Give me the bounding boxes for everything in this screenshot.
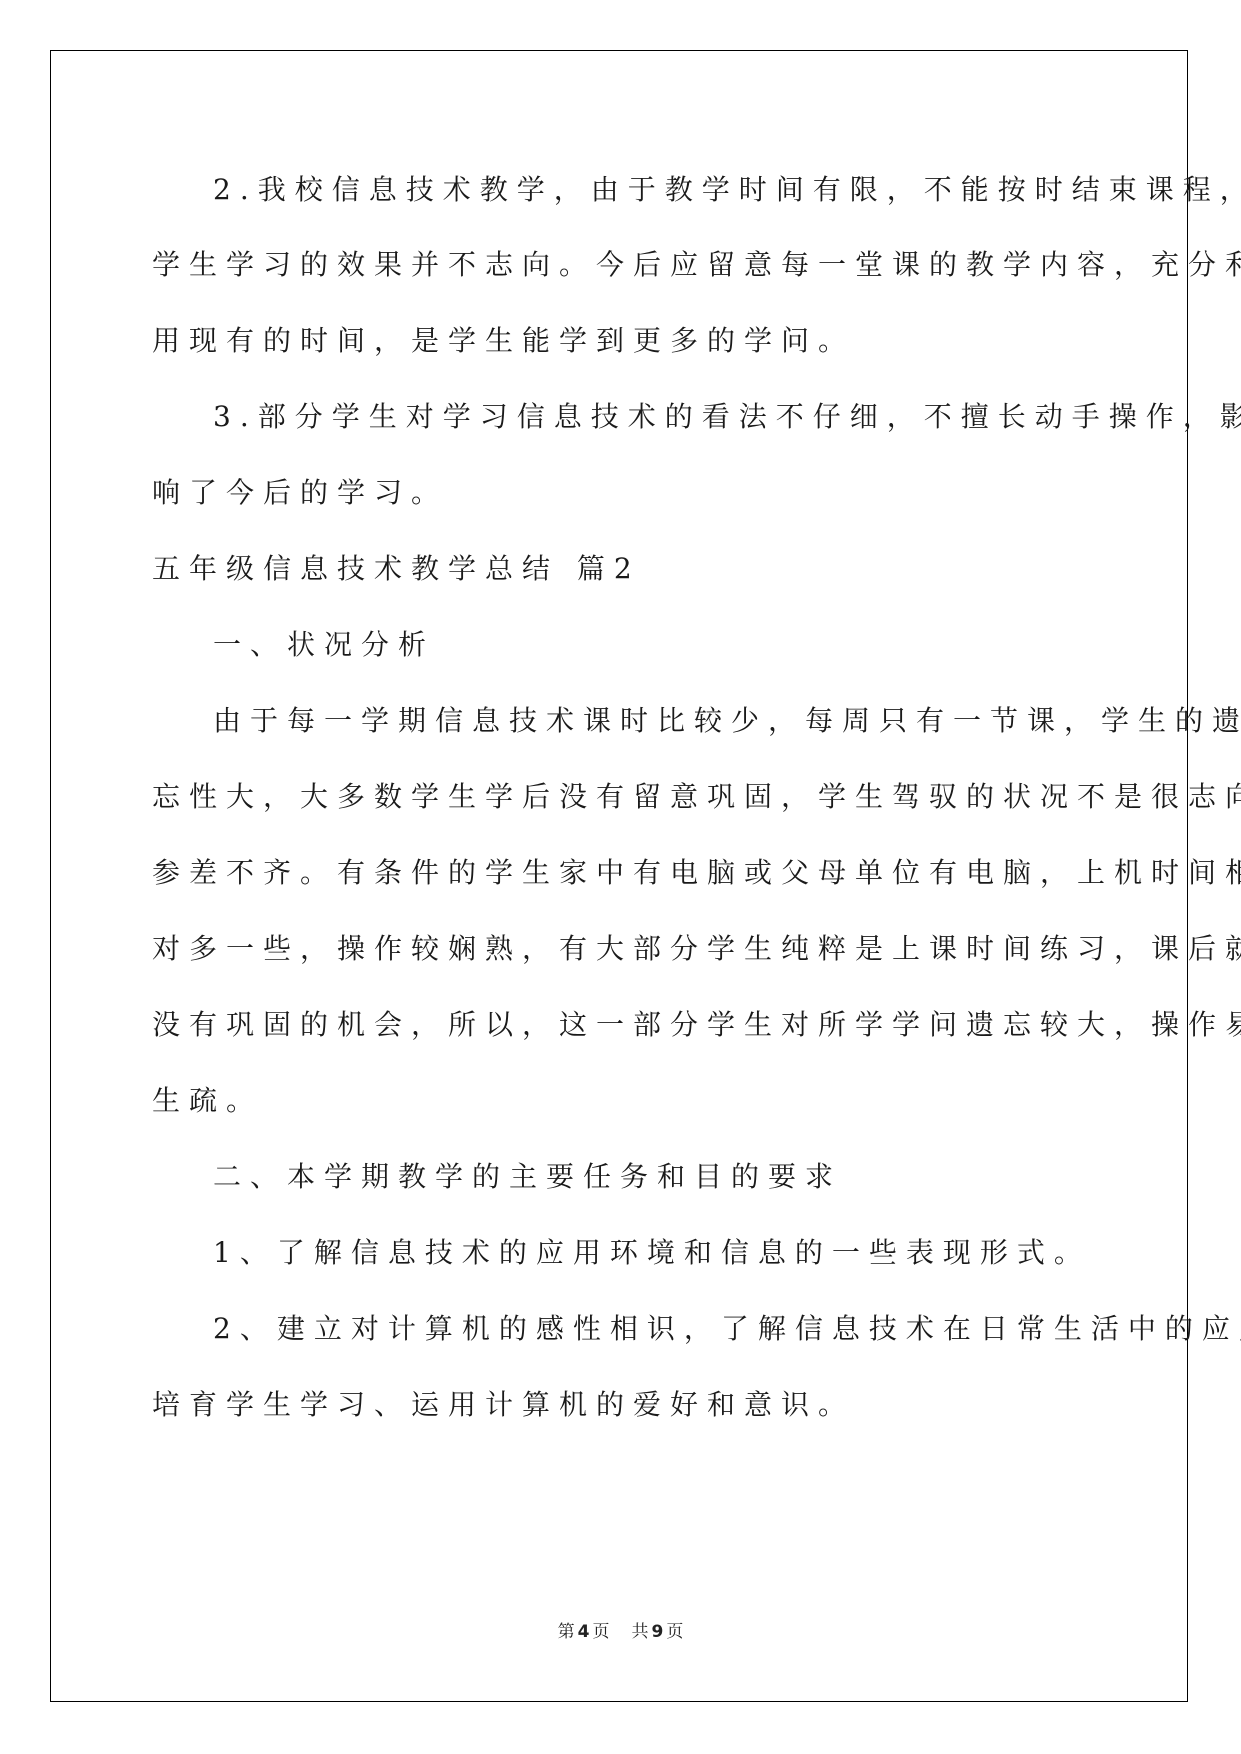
page-footer: 第4页共9页 — [0, 1620, 1241, 1644]
paragraph-line: 忘性大，大多数学生学后没有留意巩固，学生驾驭的状况不是很志向， — [152, 779, 1241, 815]
paragraph-line: 2.我校信息技术教学，由于教学时间有限，不能按时结束课程， — [213, 172, 1241, 208]
list-item: 2、建立对计算机的感性相识，了解信息技术在日常生活中的应用， — [213, 1311, 1241, 1347]
total-page-number: 9 — [652, 1622, 664, 1642]
paragraph-line: 3.部分学生对学习信息技术的看法不仔细，不擅长动手操作，影 — [213, 399, 1241, 435]
paragraph-line: 对多一些，操作较娴熟，有大部分学生纯粹是上课时间练习，课后就 — [152, 931, 1241, 967]
page-label-prefix: 第 — [558, 1622, 575, 1642]
paragraph-line: 没有巩固的机会，所以，这一部分学生对所学学问遗忘较大，操作易 — [152, 1007, 1241, 1043]
total-label-unit: 页 — [666, 1622, 683, 1642]
current-page-number: 4 — [578, 1622, 590, 1642]
total-label-prefix: 共 — [632, 1622, 649, 1642]
paragraph-line: 生疏。 — [152, 1083, 263, 1119]
paragraph-line: 响了今后的学习。 — [152, 475, 448, 511]
list-item-continuation: 培育学生学习、运用计算机的爱好和意识。 — [152, 1387, 855, 1423]
section-title: 五年级信息技术教学总结 篇2 — [152, 551, 641, 587]
section-heading: 二、本学期教学的主要任务和目的要求 — [213, 1159, 842, 1195]
paragraph-line: 由于每一学期信息技术课时比较少，每周只有一节课，学生的遗 — [213, 703, 1241, 739]
list-item: 1、了解信息技术的应用环境和信息的一些表现形式。 — [213, 1235, 1091, 1271]
paragraph-line: 参差不齐。有条件的学生家中有电脑或父母单位有电脑，上机时间相 — [152, 855, 1241, 891]
section-heading: 一、状况分析 — [213, 627, 435, 663]
page-label-unit: 页 — [593, 1622, 610, 1642]
paragraph-line: 用现有的时间，是学生能学到更多的学问。 — [152, 323, 855, 359]
paragraph-line: 学生学习的效果并不志向。今后应留意每一堂课的教学内容，充分利 — [152, 247, 1241, 283]
